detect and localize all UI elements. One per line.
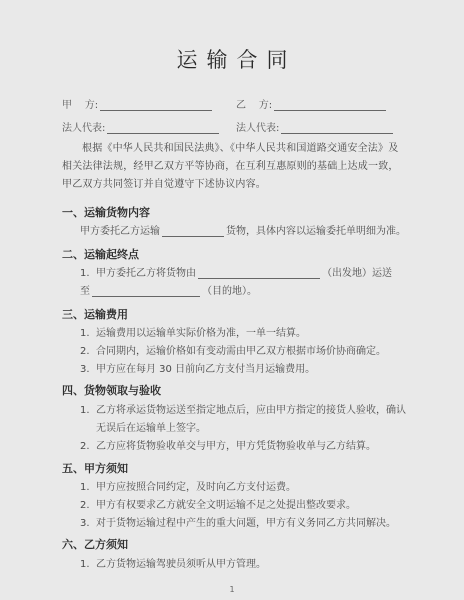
rep-b-row: 法人代表: — [236, 119, 393, 134]
destination-prefix: 至 — [80, 282, 90, 297]
destination-field[interactable] — [92, 286, 200, 297]
section-2-heading: 二、运输起终点 — [62, 246, 139, 262]
item-number: 3. — [80, 518, 96, 529]
section-4-heading: 四、货物领取与验收 — [62, 382, 161, 398]
item-number: 1. — [80, 482, 96, 493]
item-number: 1. — [80, 268, 96, 279]
goods-field[interactable] — [162, 226, 224, 237]
party-b-row: 乙 方: — [236, 96, 386, 111]
party-b-label: 乙 方: — [236, 96, 272, 111]
origin-prefix: 甲方委托乙方将货物由 — [96, 264, 196, 279]
item-text-continued: 无误后在运输单上签字。 — [96, 419, 206, 434]
rep-a-row: 法人代表: — [62, 119, 219, 134]
party-a-row: 甲 方: — [62, 96, 212, 111]
section-5-item-3: 3. 对于货物运输过程中产生的重大问题，甲方有义务同乙方共同解决。 — [80, 514, 396, 529]
item-text: 运输费用以运输单实际价格为准，一单一结算。 — [96, 324, 306, 339]
item-text: 甲方有权要求乙方就安全文明运输不足之处提出整改要求。 — [96, 496, 356, 511]
item-text: 乙方将承运货物运送至指定地点后，应由甲方指定的接货人验收，确认 — [96, 401, 406, 416]
section-1-body: 甲方委托乙方运输 货物，具体内容以运输委托单明细为准。 — [80, 222, 406, 237]
section-6-item-1: 1. 乙方货物运输驾驶员须听从甲方管理。 — [80, 555, 266, 570]
item-text: 甲方应在每月 30 日前向乙方支付当月运输费用。 — [96, 360, 315, 375]
item-text: 对于货物运输过程中产生的重大问题，甲方有义务同乙方共同解决。 — [96, 514, 396, 529]
item-text: 乙方应将货物验收单交与甲方，甲方凭货物验收单与乙方结算。 — [96, 437, 376, 452]
item-number: 1. — [80, 559, 96, 570]
item-number: 2. — [80, 500, 96, 511]
section-4-item-1: 1. 乙方将承运货物运送至指定地点后，应由甲方指定的接货人验收，确认 — [80, 401, 406, 416]
section-2-item-1: 1. 甲方委托乙方将货物由 （出发地）运送 — [80, 264, 392, 279]
item-text: 甲方应按照合同约定，及时向乙方支付运费。 — [96, 478, 296, 493]
section-1-heading: 一、运输货物内容 — [62, 204, 150, 220]
item-number: 2. — [80, 346, 96, 357]
section-6-heading: 六、乙方须知 — [62, 536, 128, 552]
section-3-item-1: 1. 运输费用以运输单实际价格为准，一单一结算。 — [80, 324, 306, 339]
page-number: 1 — [0, 585, 464, 594]
section-5-item-1: 1. 甲方应按照合同约定，及时向乙方支付运费。 — [80, 478, 296, 493]
intro-paragraph: 根据《中华人民共和国民法典》、《中华人民共和国道路交通安全法》及相关法律法规，经… — [62, 140, 406, 194]
rep-a-field[interactable] — [107, 123, 219, 134]
item-number: 2. — [80, 441, 96, 452]
section-1-prefix: 甲方委托乙方运输 — [80, 222, 160, 237]
section-5-item-2: 2. 甲方有权要求乙方就安全文明运输不足之处提出整改要求。 — [80, 496, 356, 511]
document-title: 运输合同 — [0, 44, 464, 74]
rep-a-label: 法人代表: — [62, 119, 105, 134]
section-4-item-1-cont: 无误后在运输单上签字。 — [96, 419, 206, 434]
origin-field[interactable] — [198, 268, 320, 279]
item-number: 1. — [80, 328, 96, 339]
section-3-heading: 三、运输费用 — [62, 306, 128, 322]
section-3-item-2: 2. 合同期内，运输价格如有变动需由甲乙双方根据市场价协商确定。 — [80, 342, 386, 357]
contract-page: 运输合同 甲 方: 乙 方: 法人代表: 法人代表: 根据《中华人民共和国民法典… — [0, 0, 464, 600]
rep-b-field[interactable] — [281, 123, 393, 134]
party-a-label: 甲 方: — [62, 96, 98, 111]
section-5-heading: 五、甲方须知 — [62, 460, 128, 476]
party-b-field[interactable] — [274, 100, 386, 111]
section-2-item-1-cont: 至 （目的地）。 — [80, 282, 257, 297]
item-text: 合同期内，运输价格如有变动需由甲乙双方根据市场价协商确定。 — [96, 342, 386, 357]
item-number: 3. — [80, 364, 96, 375]
rep-b-label: 法人代表: — [236, 119, 279, 134]
party-a-field[interactable] — [100, 100, 212, 111]
section-4-item-2: 2. 乙方应将货物验收单交与甲方，甲方凭货物验收单与乙方结算。 — [80, 437, 376, 452]
origin-suffix: （出发地）运送 — [322, 264, 392, 279]
section-3-item-3: 3. 甲方应在每月 30 日前向乙方支付当月运输费用。 — [80, 360, 315, 375]
item-number: 1. — [80, 405, 96, 416]
item-text: 乙方货物运输驾驶员须听从甲方管理。 — [96, 555, 266, 570]
destination-suffix: （目的地）。 — [202, 282, 257, 297]
section-1-suffix: 货物，具体内容以运输委托单明细为准。 — [226, 222, 406, 237]
